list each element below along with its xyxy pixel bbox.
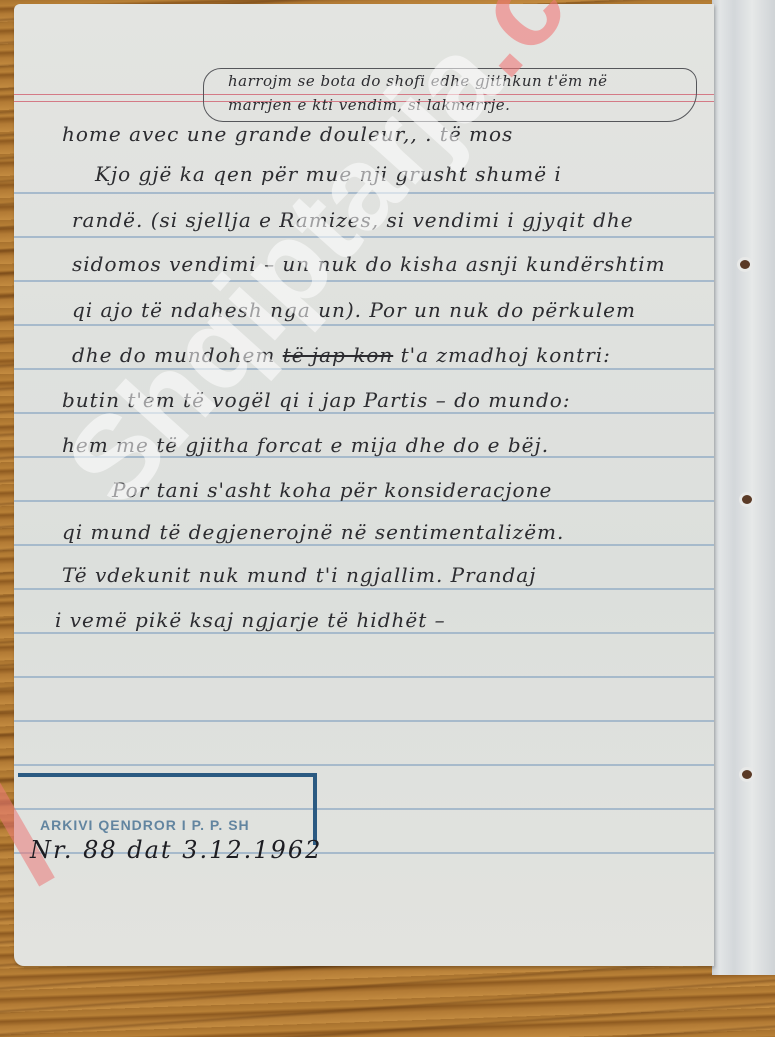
stamp-printed-text: ARKIVI QENDROR I P. P. SH bbox=[40, 817, 250, 833]
punch-hole bbox=[742, 770, 752, 779]
underlying-sheet-edge bbox=[712, 0, 775, 975]
archive-stamp bbox=[18, 773, 317, 845]
handwritten-line: Të vdekunit nuk mund t'i ngjallim. Prand… bbox=[62, 563, 536, 587]
punch-hole bbox=[742, 495, 752, 504]
line-text: t'a zmadhoj kontri: bbox=[393, 343, 611, 367]
handwritten-line: i vemë pikë ksaj ngjarje të hidhët – bbox=[55, 608, 446, 632]
stamp-handwritten-number: Nr. 88 dat 3.12.1962 bbox=[30, 836, 322, 864]
punch-hole bbox=[740, 260, 750, 269]
